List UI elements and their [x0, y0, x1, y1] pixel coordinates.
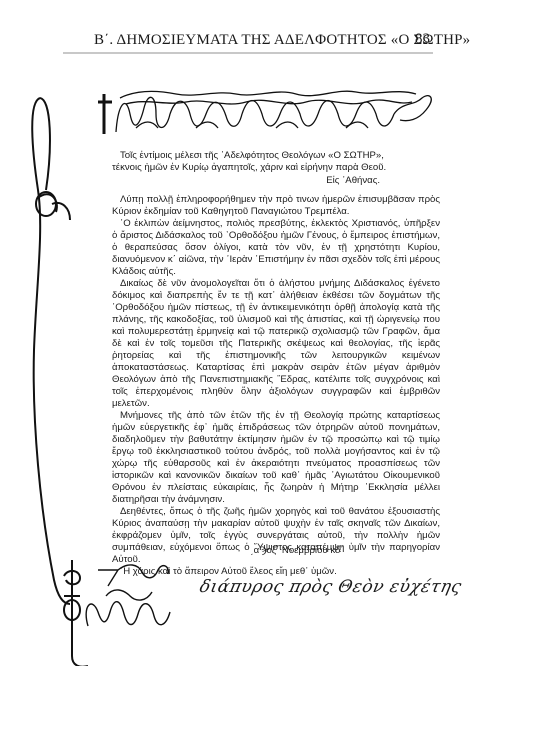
calligraphic-intitulatio — [96, 84, 436, 136]
paragraph: ᾿Ο ἐκλιπὼν ἀείμνηστος, πολιὸς πρεσβύτης,… — [112, 218, 440, 278]
signature-text: διάπυρος πρὸς Θεὸν εὐχέτης — [198, 577, 464, 597]
page-number: 83 — [415, 31, 430, 48]
date-line: ͵αϠοζ΄ Νοεμβρίου κδ΄ — [0, 545, 534, 556]
header-rule — [63, 52, 433, 54]
letter-body: Τοῖς ἐντίμοις μέλεσι τῆς ᾿Αδελφότητος Θε… — [112, 150, 440, 578]
paragraph: Λύπῃ πολλῇ ἐπληροφορήθημεν τὴν πρὸ τινων… — [112, 194, 440, 218]
paragraph: Δικαίως δὲ νῦν ἀνομολογεῖται ὅτι ὁ ἀλήστ… — [112, 278, 440, 410]
paragraph: Μνήμονες τῆς ἀπὸ τῶν ἐτῶν τῆς ἐν τῇ Θεολ… — [112, 410, 440, 506]
address-line: Εἰς ᾿Αθήνας. — [112, 175, 440, 187]
salutation-line-2: τέκνοις ἡμῶν ἐν Κυρίῳ ἀγαπητοῖς, χάριν κ… — [112, 162, 440, 174]
signature-monogram — [58, 556, 178, 666]
salutation-line-1: Τοῖς ἐντίμοις μέλεσι τῆς ᾿Αδελφότητος Θε… — [112, 150, 440, 162]
running-head: Β΄. ΔΗΜΟΣΙΕΥΜΑΤΑ ΤΗΣ ΑΔΕΛΦΟΤΗΤΟΣ «Ο ΣΩΤΗ… — [94, 32, 434, 49]
knotted-cord-ornament — [0, 90, 110, 610]
